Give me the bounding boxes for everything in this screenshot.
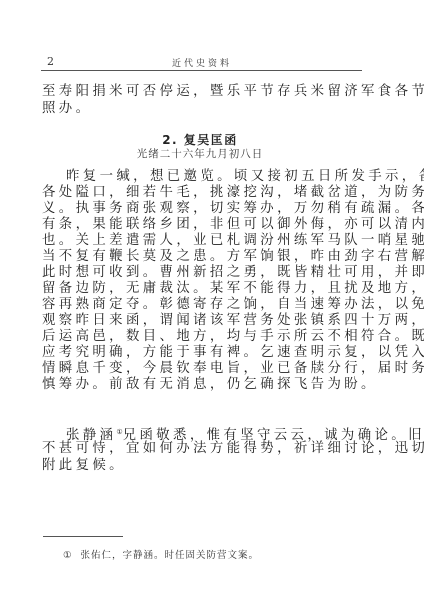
letter-date: 光绪二十六年九月初八日	[0, 146, 400, 161]
running-title: 近代史资料	[0, 56, 404, 69]
body-line: 情瞬息千变，今晨钦奉电旨，业已备牍分行，届时务望钦遵，妥	[42, 361, 372, 377]
body-line: 照办。	[42, 101, 372, 117]
body-line: 昨复一缄，想已邀览。顷又接初五日所发手示，备悉一切。	[66, 169, 396, 185]
body-line: 各处隘口，细若牛毛，挑濠挖沟，堵截岔道，为防务中第一要	[42, 185, 372, 201]
body-line: 此时想可收到。曹州新招之勇，既皆精壮可用，并即转致张观察	[42, 265, 372, 281]
body-line: 至寿阳捐米可否停运，暨乐平节存兵米留济军食各节，应准	[42, 84, 372, 100]
body-line: 后运高邑，数目、地方，均与手示所云不相符合。既须电奏，必	[42, 329, 372, 345]
body-line: 应考究明确，方能于事有裨。乞速查明示复，以凭入告。现在军	[42, 345, 372, 361]
body-line: 当不复有鞭长莫及之患。方军饷银，昨由劲字右营解去一万两，	[42, 249, 372, 265]
footnote-rule	[43, 536, 123, 537]
body-line: 义。执事务商张观察，切实筹办，万勿稍有疏漏。各军布置井井	[42, 201, 372, 217]
footnote-mark: ①	[63, 550, 73, 561]
footnote: ①张佑仁，字静涵。时任固关防营文案。	[63, 547, 259, 561]
body-line: 容再熟商定夺。彰德寄存之饷，自当速筹办法，以免资盗。惟张	[42, 297, 372, 313]
header-rule	[41, 70, 362, 71]
footnote-text: 张佑仁，字静涵。时任固关防营文案。	[81, 550, 260, 561]
body-line: 观察昨日来函，谓闻诸该军营务处张镇系四十万两，先运赵州，	[42, 313, 372, 329]
body-line: 也。关上差遣需人，业已札调汾州练军马队一哨星驰来关，得此	[42, 233, 372, 249]
body-line: 留备边防，无庸裁汰。某军不能得力，且扰及地方，弟所深知，	[42, 281, 372, 297]
body-line: 慎筹办。前敌有无消息，仍乞确探飞告为盼。	[42, 377, 372, 393]
body-line: 不甚可恃，宜如何办法方能得势，祈详细讨论，迅切赶办为祷。	[42, 441, 372, 457]
body-line: 附此复候。	[42, 458, 372, 474]
body-line: 有条，果能联络乡团，非但可以御外侮，亦可以清内奸，诚善策	[42, 217, 372, 233]
